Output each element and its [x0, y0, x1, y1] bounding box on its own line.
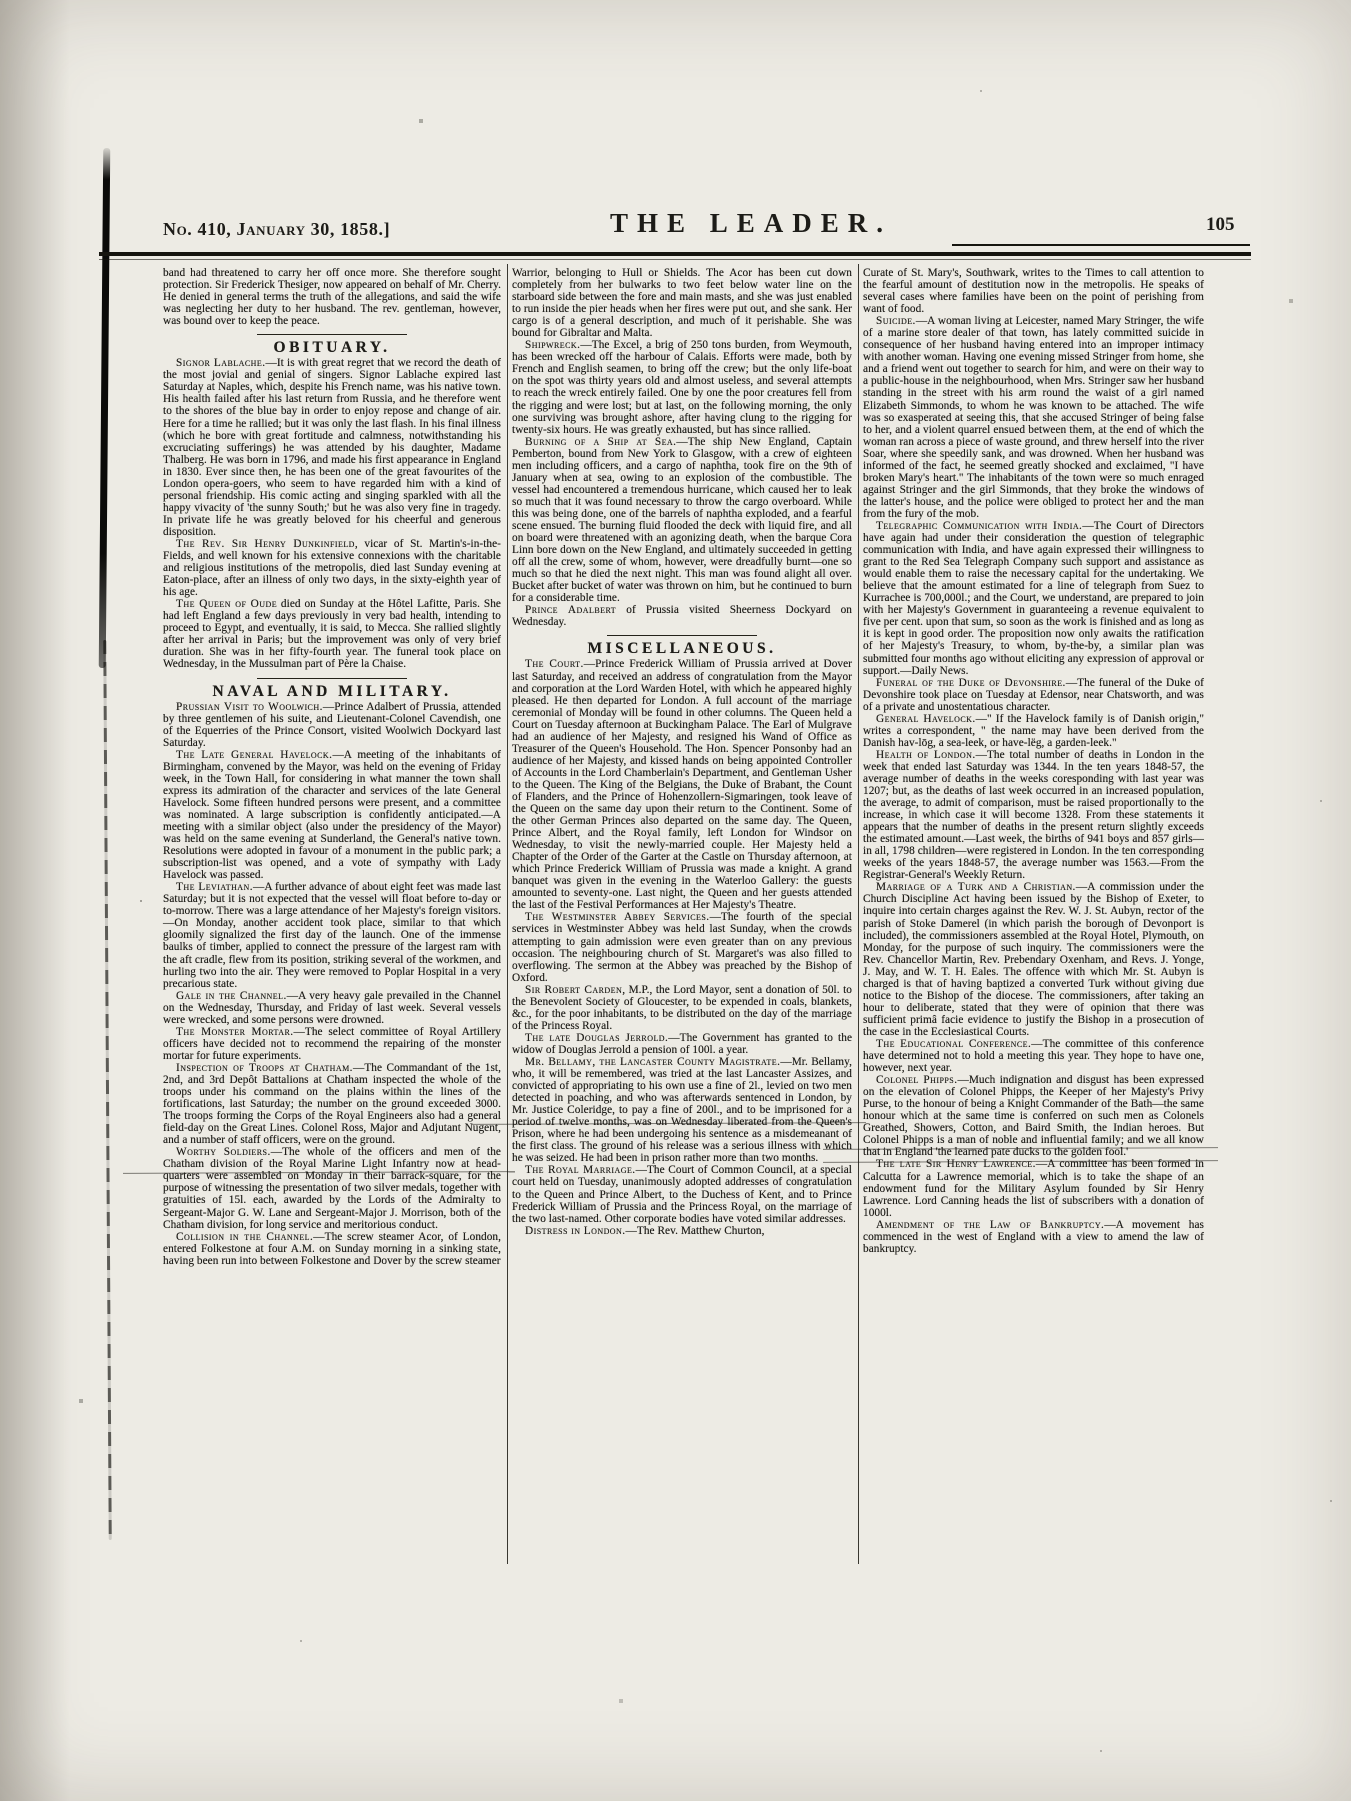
newspaper-page: No. 410, January 30, 1858.] THE LEADER. … [0, 0, 1351, 1801]
paragraph-text: —Mr. Bellamy, who, it will be remembered… [512, 1056, 852, 1164]
paragraph-lead: The Rev. Sir Henry Dunkinfield [176, 538, 355, 550]
article-paragraph: Prince Adalbert of Prussia visited Sheer… [512, 604, 852, 628]
article-paragraph: Inspection of Troops at Chatham.—The Com… [163, 1062, 501, 1146]
paragraph-text: —The Commandant of the 1st, 2nd, and 3rd… [163, 1062, 501, 1146]
paragraph-lead: The Queen of Oude [176, 598, 277, 610]
header-rule-thin [99, 259, 1251, 260]
article-paragraph: Shipwreck.—The Excel, a brig of 250 tons… [512, 339, 852, 435]
paragraph-lead: Distress in London. [525, 1225, 626, 1237]
paragraph-text: —Prince Frederick William of Prussia arr… [512, 658, 852, 911]
article-paragraph: General Havelock.—" If the Havelock fami… [863, 713, 1204, 749]
article-paragraph: The Educational Conference.—The committe… [863, 1038, 1204, 1074]
article-paragraph: Signor Lablache.—It is with great regret… [163, 357, 501, 538]
paragraph-text: —The total number of deaths in London in… [863, 749, 1204, 881]
paragraph-lead: Burning of a Ship at Sea. [525, 436, 676, 448]
article-paragraph: Curate of St. Mary's, Southwark, writes … [863, 267, 1204, 315]
column-divider-right [858, 264, 859, 1564]
binding-edge-mark [99, 148, 111, 668]
article-paragraph: Sir Robert Carden, M.P., the Lord Mayor,… [512, 984, 852, 1032]
article-paragraph: Telegraphic Communication with India.—Th… [863, 520, 1204, 677]
article-paragraph: The Monster Mortar.—The select committee… [163, 1026, 501, 1062]
paragraph-lead: Collision in the Channel. [176, 1231, 313, 1243]
paragraph-lead: The late Douglas Jerrold. [525, 1032, 668, 1044]
paragraph-lead: The Late General Havelock. [176, 749, 332, 761]
masthead-title: THE LEADER. [610, 208, 892, 239]
section-divider-rule [257, 334, 407, 335]
article-paragraph: Worthy Soldiers.—The whole of the office… [163, 1146, 501, 1230]
section-heading: OBITUARY. [163, 342, 501, 354]
paragraph-lead: General Havelock. [876, 713, 976, 725]
issue-date-line: No. 410, January 30, 1858.] [163, 219, 390, 240]
paragraph-text: —A further advance of about eight feet w… [163, 881, 501, 989]
section-heading: NAVAL AND MILITARY. [163, 686, 501, 698]
paragraph-lead: Prussian Visit to Woolwich. [176, 701, 323, 713]
paragraph-lead: The Westminster Abbey Services. [525, 911, 710, 923]
article-paragraph: Amendment of the Law of Bankruptcy.—A mo… [863, 1219, 1204, 1255]
paragraph-lead: Colonel Phipps. [876, 1074, 957, 1086]
paragraph-text: Curate of St. Mary's, Southwark, writes … [863, 267, 1204, 315]
paragraph-lead: Amendment of the Law of Bankruptcy. [876, 1219, 1104, 1231]
section-heading: MISCELLANEOUS. [512, 643, 852, 655]
paragraph-text: —A woman living at Leicester, named Mary… [863, 315, 1204, 520]
title-underline-rule [952, 244, 1250, 246]
paragraph-text: —The Court of Directors have again had u… [863, 520, 1204, 677]
paragraph-lead: Sir Robert Carden [525, 984, 622, 996]
section-divider-rule [607, 635, 757, 636]
article-paragraph: Collision in the Channel.—The screw stea… [163, 1231, 501, 1267]
paragraph-text: —The ship New England, Captain Pemberton… [512, 436, 852, 605]
article-paragraph: The Westminster Abbey Services.—The four… [512, 911, 852, 983]
paragraph-text: —Much indignation and disgust has been e… [863, 1074, 1204, 1158]
paragraph-lead: Prince Adalbert [525, 604, 616, 616]
article-paragraph: Funeral of the Duke of Devonshire.—The f… [863, 677, 1204, 713]
section-divider-rule [257, 678, 407, 679]
paragraph-text: —A meeting of the inhabitants of Birming… [163, 749, 501, 881]
article-paragraph: Gale in the Channel.—A very heavy gale p… [163, 990, 501, 1026]
paragraph-text: —The Excel, a brig of 250 tons burden, f… [512, 339, 852, 435]
paragraph-lead: Marriage of a Turk and a Christian. [876, 881, 1076, 893]
paragraph-lead: Mr. Bellamy, the Lancaster County Magist… [525, 1056, 780, 1068]
article-paragraph: Suicide.—A woman living at Leicester, na… [863, 315, 1204, 520]
paragraph-lead: Health of London. [876, 749, 976, 761]
binding-edge-mark-lower [103, 640, 111, 1540]
paragraph-lead: Shipwreck. [525, 339, 580, 351]
article-paragraph: Prussian Visit to Woolwich.—Prince Adalb… [163, 701, 501, 749]
article-paragraph: band had threatened to carry her off onc… [163, 267, 501, 327]
article-paragraph: Mr. Bellamy, the Lancaster County Magist… [512, 1056, 852, 1164]
paragraph-text: —A commission under the Church Disciplin… [863, 881, 1204, 1038]
paragraph-text: —The whole of the officers and men of th… [163, 1146, 501, 1230]
article-paragraph: Burning of a Ship at Sea.—The ship New E… [512, 436, 852, 605]
paragraph-lead: Worthy Soldiers. [176, 1146, 271, 1158]
article-columns: band had threatened to carry her off onc… [163, 267, 1204, 1267]
article-paragraph: The Rev. Sir Henry Dunkinfield, vicar of… [163, 538, 501, 598]
article-paragraph: The late Douglas Jerrold.—The Government… [512, 1032, 852, 1056]
article-paragraph: Marriage of a Turk and a Christian.—A co… [863, 881, 1204, 1038]
article-paragraph: The late Sir Henry Lawrence.—A committee… [863, 1158, 1204, 1218]
column-divider-left [507, 264, 508, 1564]
article-paragraph: The Royal Marriage.—The Court of Common … [512, 1164, 852, 1224]
scan-edge-shade [0, 0, 70, 1801]
paragraph-text: band had threatened to carry her off onc… [163, 267, 501, 327]
paragraph-lead: The Monster Mortar. [176, 1026, 294, 1038]
article-paragraph: The Late General Havelock.—A meeting of … [163, 749, 501, 882]
article-paragraph: Warrior, belonging to Hull or Shields. T… [512, 267, 852, 339]
paragraph-text: Warrior, belonging to Hull or Shields. T… [512, 267, 852, 339]
paragraph-lead: The Educational Conference. [876, 1038, 1031, 1050]
header-rule-thick [99, 252, 1251, 256]
article-paragraph: Health of London.—The total number of de… [863, 749, 1204, 882]
paragraph-lead: Signor Lablache. [176, 357, 265, 369]
page-number: 105 [1206, 214, 1235, 236]
article-paragraph: Distress in London.—The Rev. Matthew Chu… [512, 1225, 852, 1237]
article-paragraph: The Leviathan.—A further advance of abou… [163, 881, 501, 989]
article-paragraph: Colonel Phipps.—Much indignation and dis… [863, 1074, 1204, 1158]
paragraph-lead: Suicide. [876, 315, 916, 327]
article-paragraph: The Queen of Oude died on Sunday at the … [163, 598, 501, 670]
paragraph-lead: The Court. [525, 658, 584, 670]
paper-dust-specks [0, 0, 2, 2]
paragraph-lead: The Leviathan. [176, 881, 253, 893]
column-1: band had threatened to carry her off onc… [163, 267, 501, 1267]
paragraph-lead: The Royal Marriage. [525, 1164, 636, 1176]
paragraph-lead: Inspection of Troops at Chatham. [176, 1062, 353, 1074]
paragraph-lead: Funeral of the Duke of Devonshire. [876, 677, 1066, 689]
paragraph-text: —It is with great regret that we record … [163, 357, 501, 538]
paragraph-text: —The Rev. Matthew Churton, [626, 1225, 765, 1237]
paragraph-lead: Gale in the Channel. [176, 990, 287, 1002]
article-paragraph: The Court.—Prince Frederick William of P… [512, 658, 852, 911]
column-3: Curate of St. Mary's, Southwark, writes … [863, 267, 1204, 1267]
paragraph-lead: Telegraphic Communication with India. [876, 520, 1082, 532]
column-2: Warrior, belonging to Hull or Shields. T… [512, 267, 852, 1267]
